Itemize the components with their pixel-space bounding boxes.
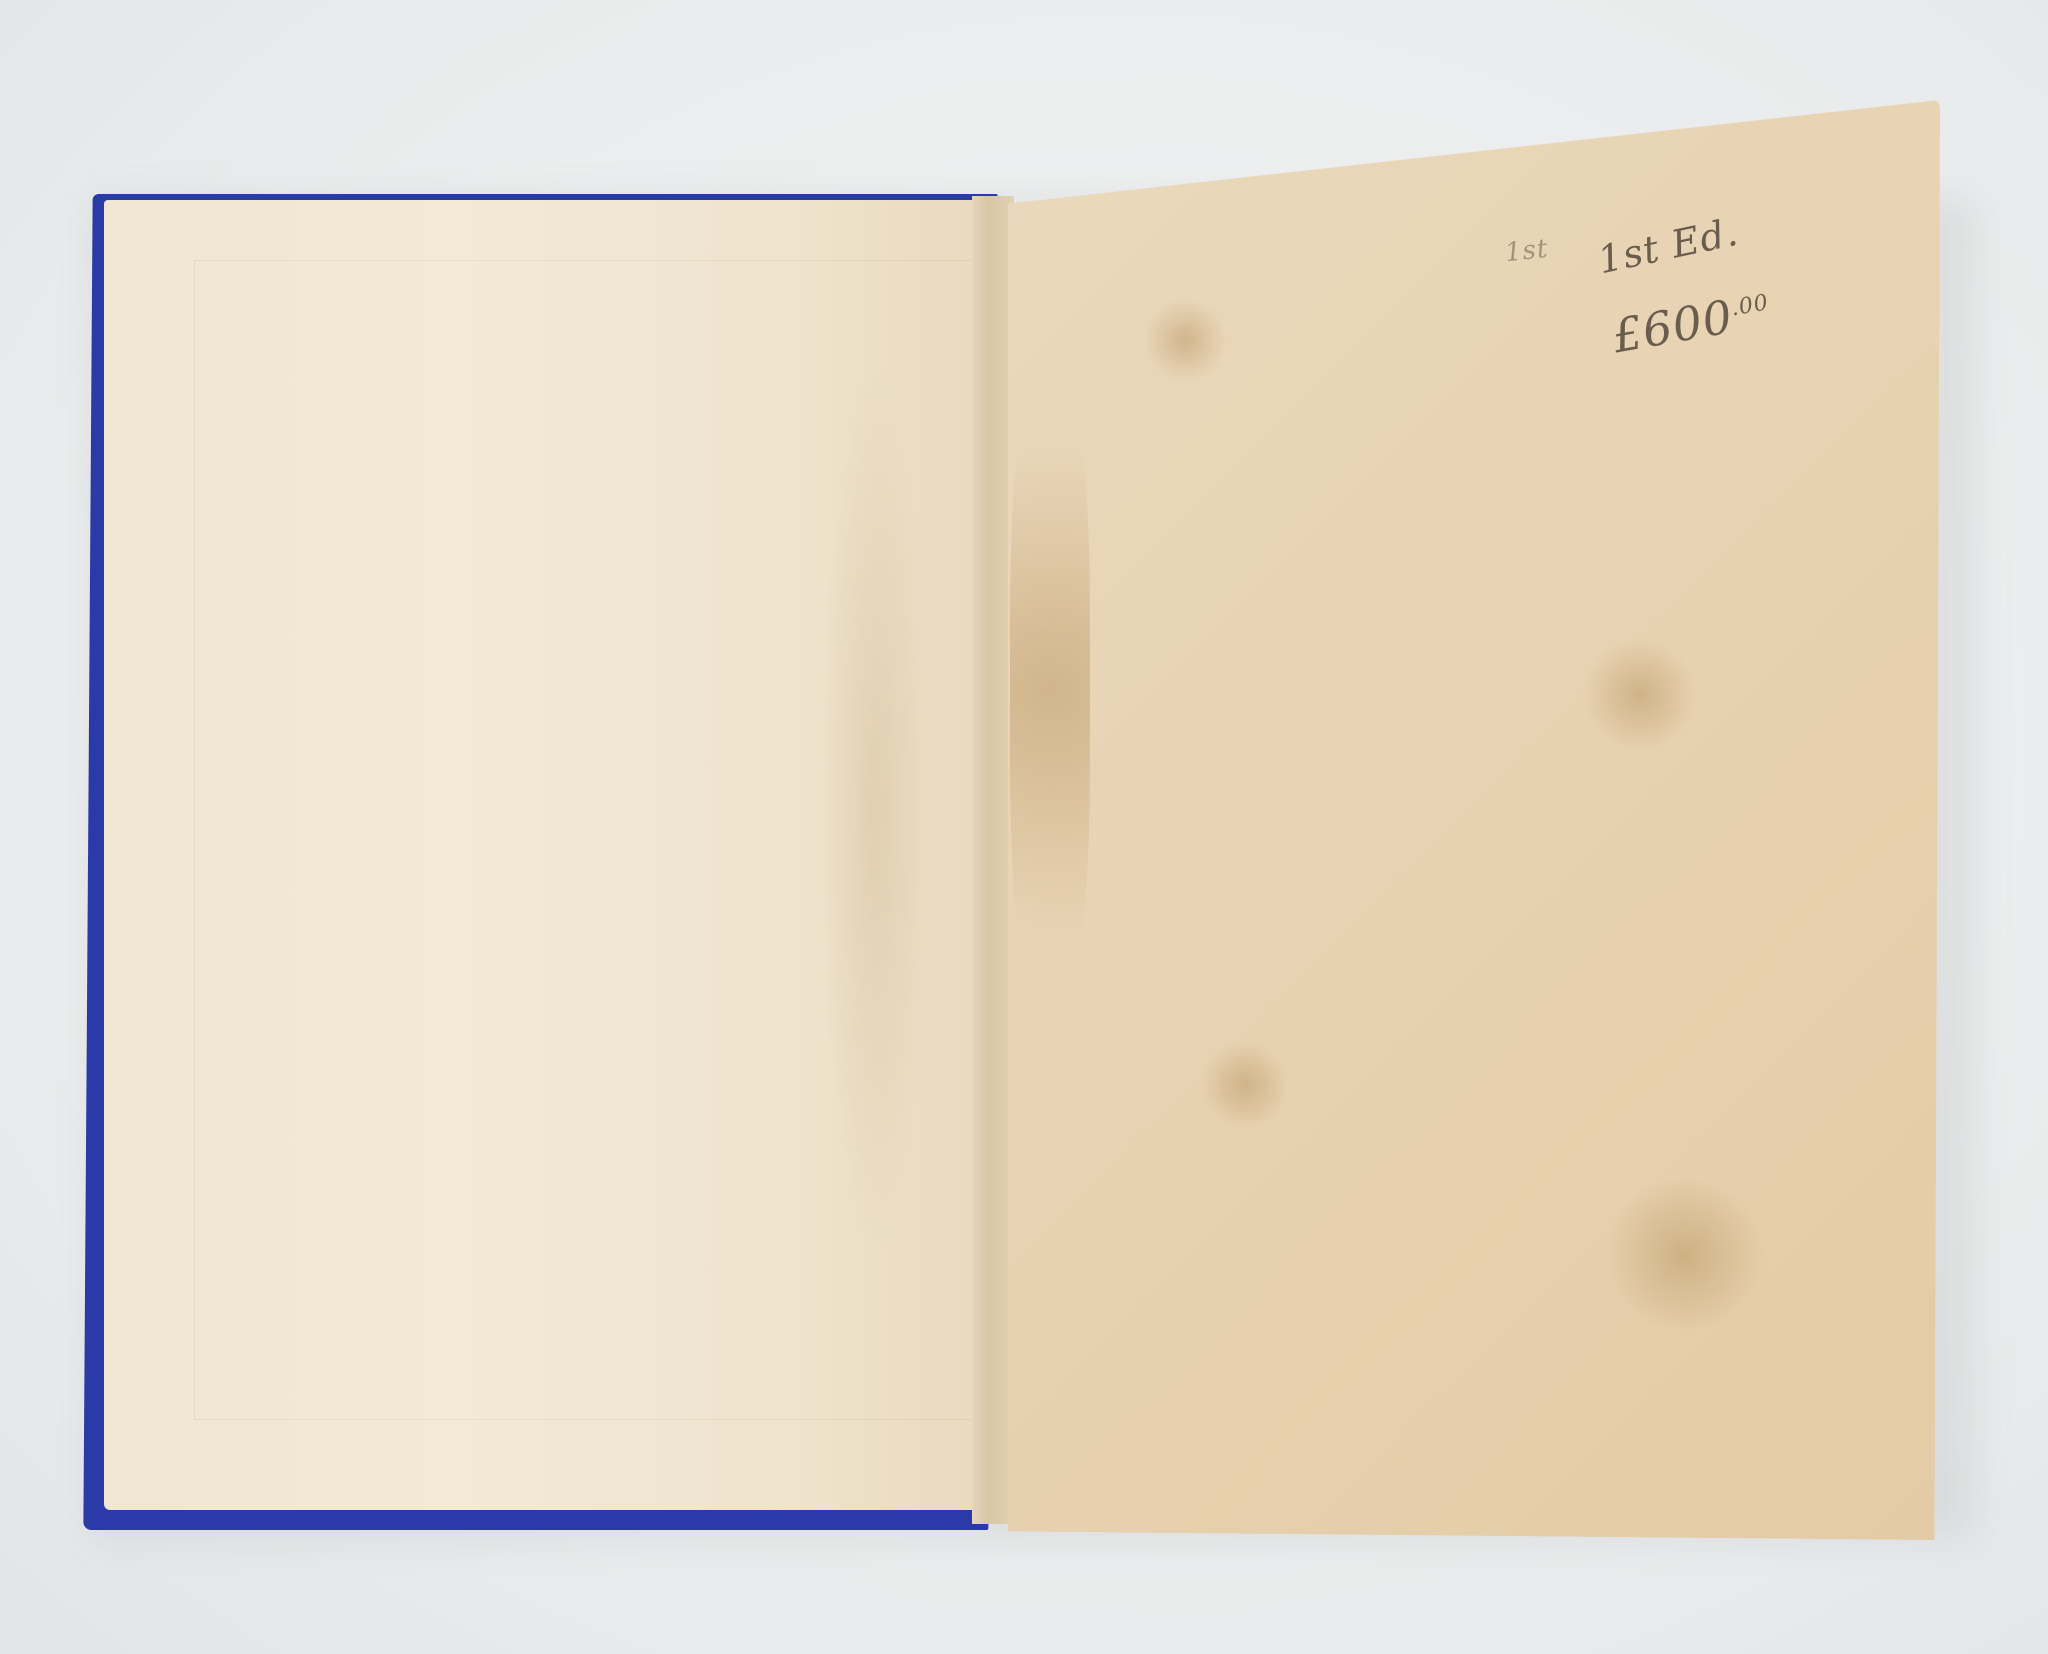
foxing-spot <box>1140 300 1230 380</box>
gutter-foxing <box>1010 340 1090 1040</box>
book-gutter <box>972 196 1014 1524</box>
price-cents: .00 <box>1729 290 1771 321</box>
foxing-spot <box>1600 1180 1770 1330</box>
hinge-toning <box>820 360 930 1260</box>
pencil-mark: 1st <box>1504 234 1550 268</box>
foxing-spot <box>1580 640 1700 750</box>
foxing-spot <box>1200 1040 1290 1130</box>
